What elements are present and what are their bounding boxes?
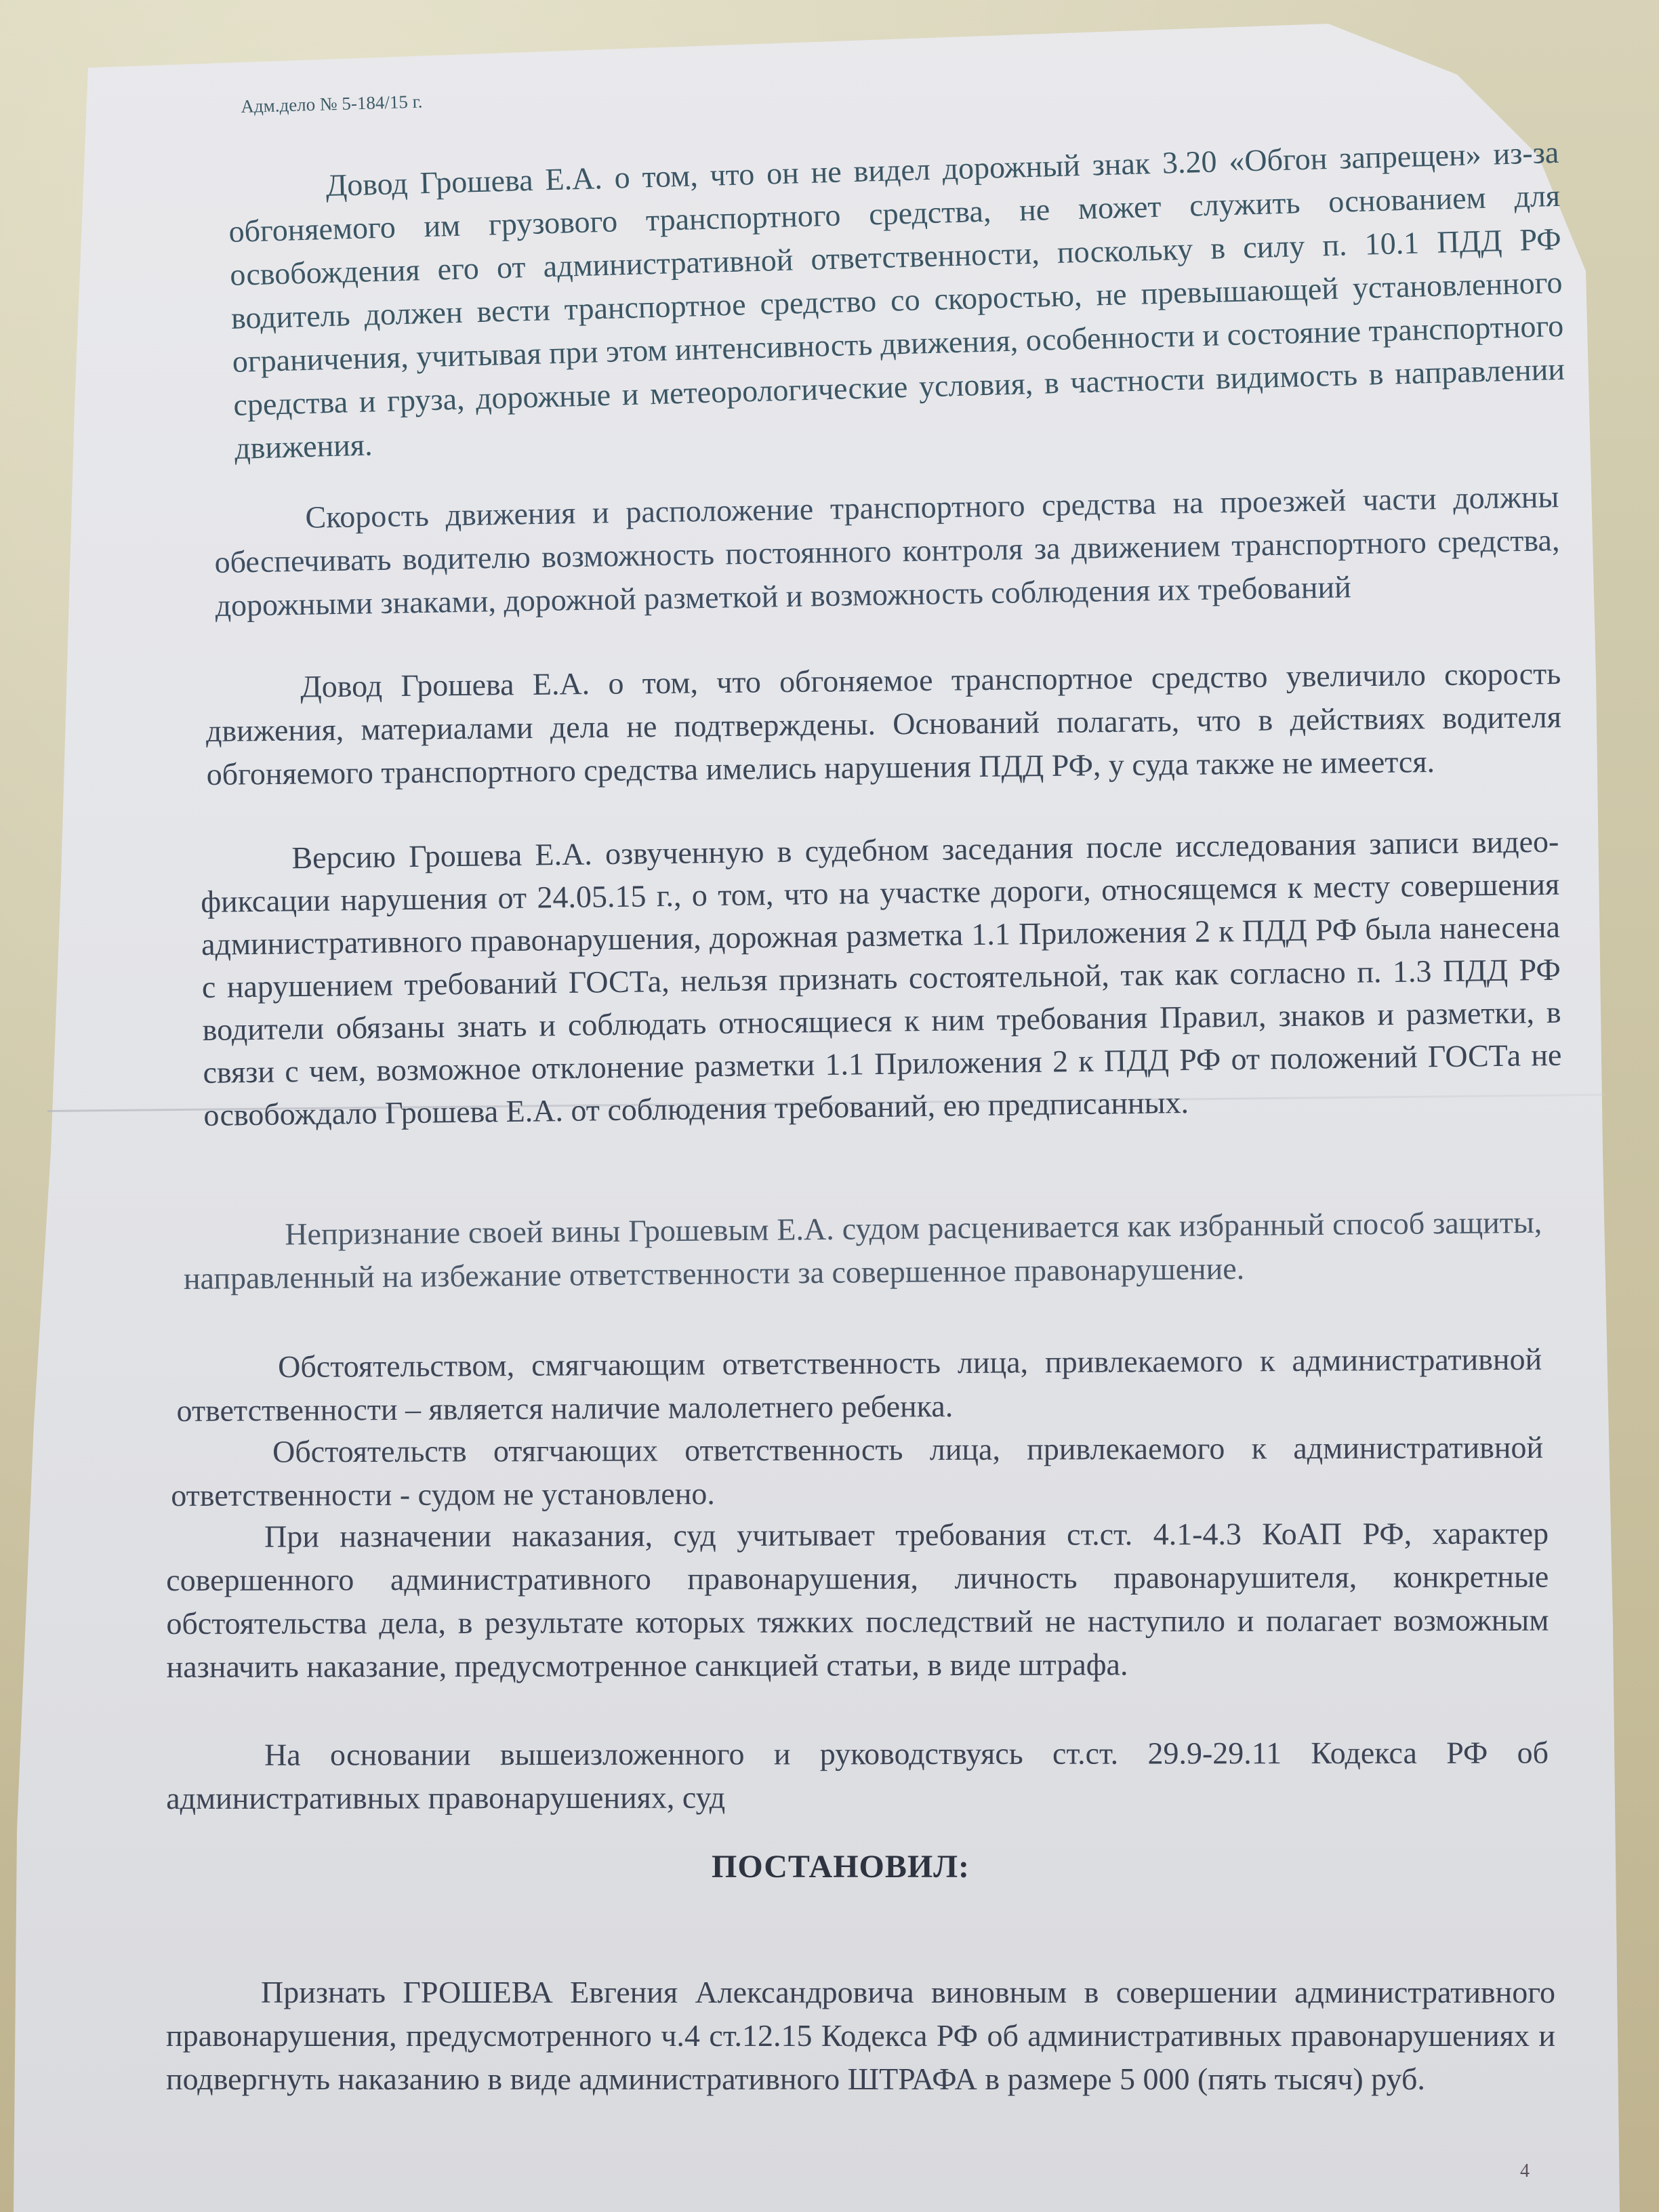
paragraph-text: Довод Грошева Е.А. о том, что он не виде… (228, 135, 1565, 466)
paragraph-text: При назначении наказания, суд учитывает … (166, 1516, 1549, 1684)
paragraph-indent (228, 196, 326, 199)
paragraph-non-admission-of-guilt: Непризнание своей вины Грошевым Е.А. суд… (183, 1201, 1542, 1300)
paragraph-text: Версию Грошева Е.А. озвученную в судебно… (201, 824, 1562, 1132)
paragraph-indent (171, 1462, 272, 1462)
paragraph-text: Обстоятельств отягчающих ответственность… (171, 1430, 1543, 1513)
paragraph-speed-and-position: Скорость движения и расположение транспо… (213, 475, 1561, 628)
paragraph-text: Непризнание своей вины Грошевым Е.А. суд… (184, 1205, 1542, 1296)
paragraph-indent (183, 1245, 285, 1246)
paragraph-indent (205, 697, 300, 698)
paragraph-indent (176, 1377, 278, 1378)
paragraph-text: Скорость движения и расположение транспо… (214, 479, 1560, 623)
paragraph-indent (214, 528, 306, 529)
case-number-header: Адм.дело № 5-184/15 г. (241, 91, 423, 117)
paragraph-overtaking-sign-argument: Довод Грошева Е.А. о том, что он не виде… (227, 131, 1566, 470)
paragraph-text: Обстоятельством, смягчающим ответственно… (176, 1342, 1542, 1428)
paragraph-text: Признать ГРОШЕВА Евгения Александровича … (166, 1975, 1555, 2096)
decree-heading: ПОСТАНОВИЛ: (712, 1848, 970, 1885)
paragraph-legal-basis: На основании вышеизложенного и руководст… (166, 1731, 1549, 1820)
document-page: Адм.дело № 5-184/15 г. Довод Грошева Е.А… (0, 0, 1659, 2212)
paragraph-road-marking-version: Версию Грошева Е.А. озвученную в судебно… (200, 820, 1563, 1136)
page-number: 4 (1520, 2160, 1530, 2182)
paragraph-indent (201, 868, 292, 869)
paragraph-decree-verdict: Признать ГРОШЕВА Евгения Александровича … (166, 1971, 1555, 2101)
paragraph-aggravating-circumstances: Обстоятельств отягчающих ответственность… (171, 1426, 1543, 1517)
paragraph-text: На основании вышеизложенного и руководст… (166, 1735, 1549, 1816)
paragraph-text: Довод Грошева Е.А. о том, что обгоняемое… (206, 656, 1561, 792)
paragraph-overtaken-vehicle-speed: Довод Грошева Е.А. о том, что обгоняемое… (205, 652, 1562, 796)
paragraph-sentencing-considerations: При назначении наказания, суд учитывает … (166, 1512, 1549, 1689)
paragraph-mitigating-circumstance: Обстоятельством, смягчающим ответственно… (176, 1338, 1542, 1433)
